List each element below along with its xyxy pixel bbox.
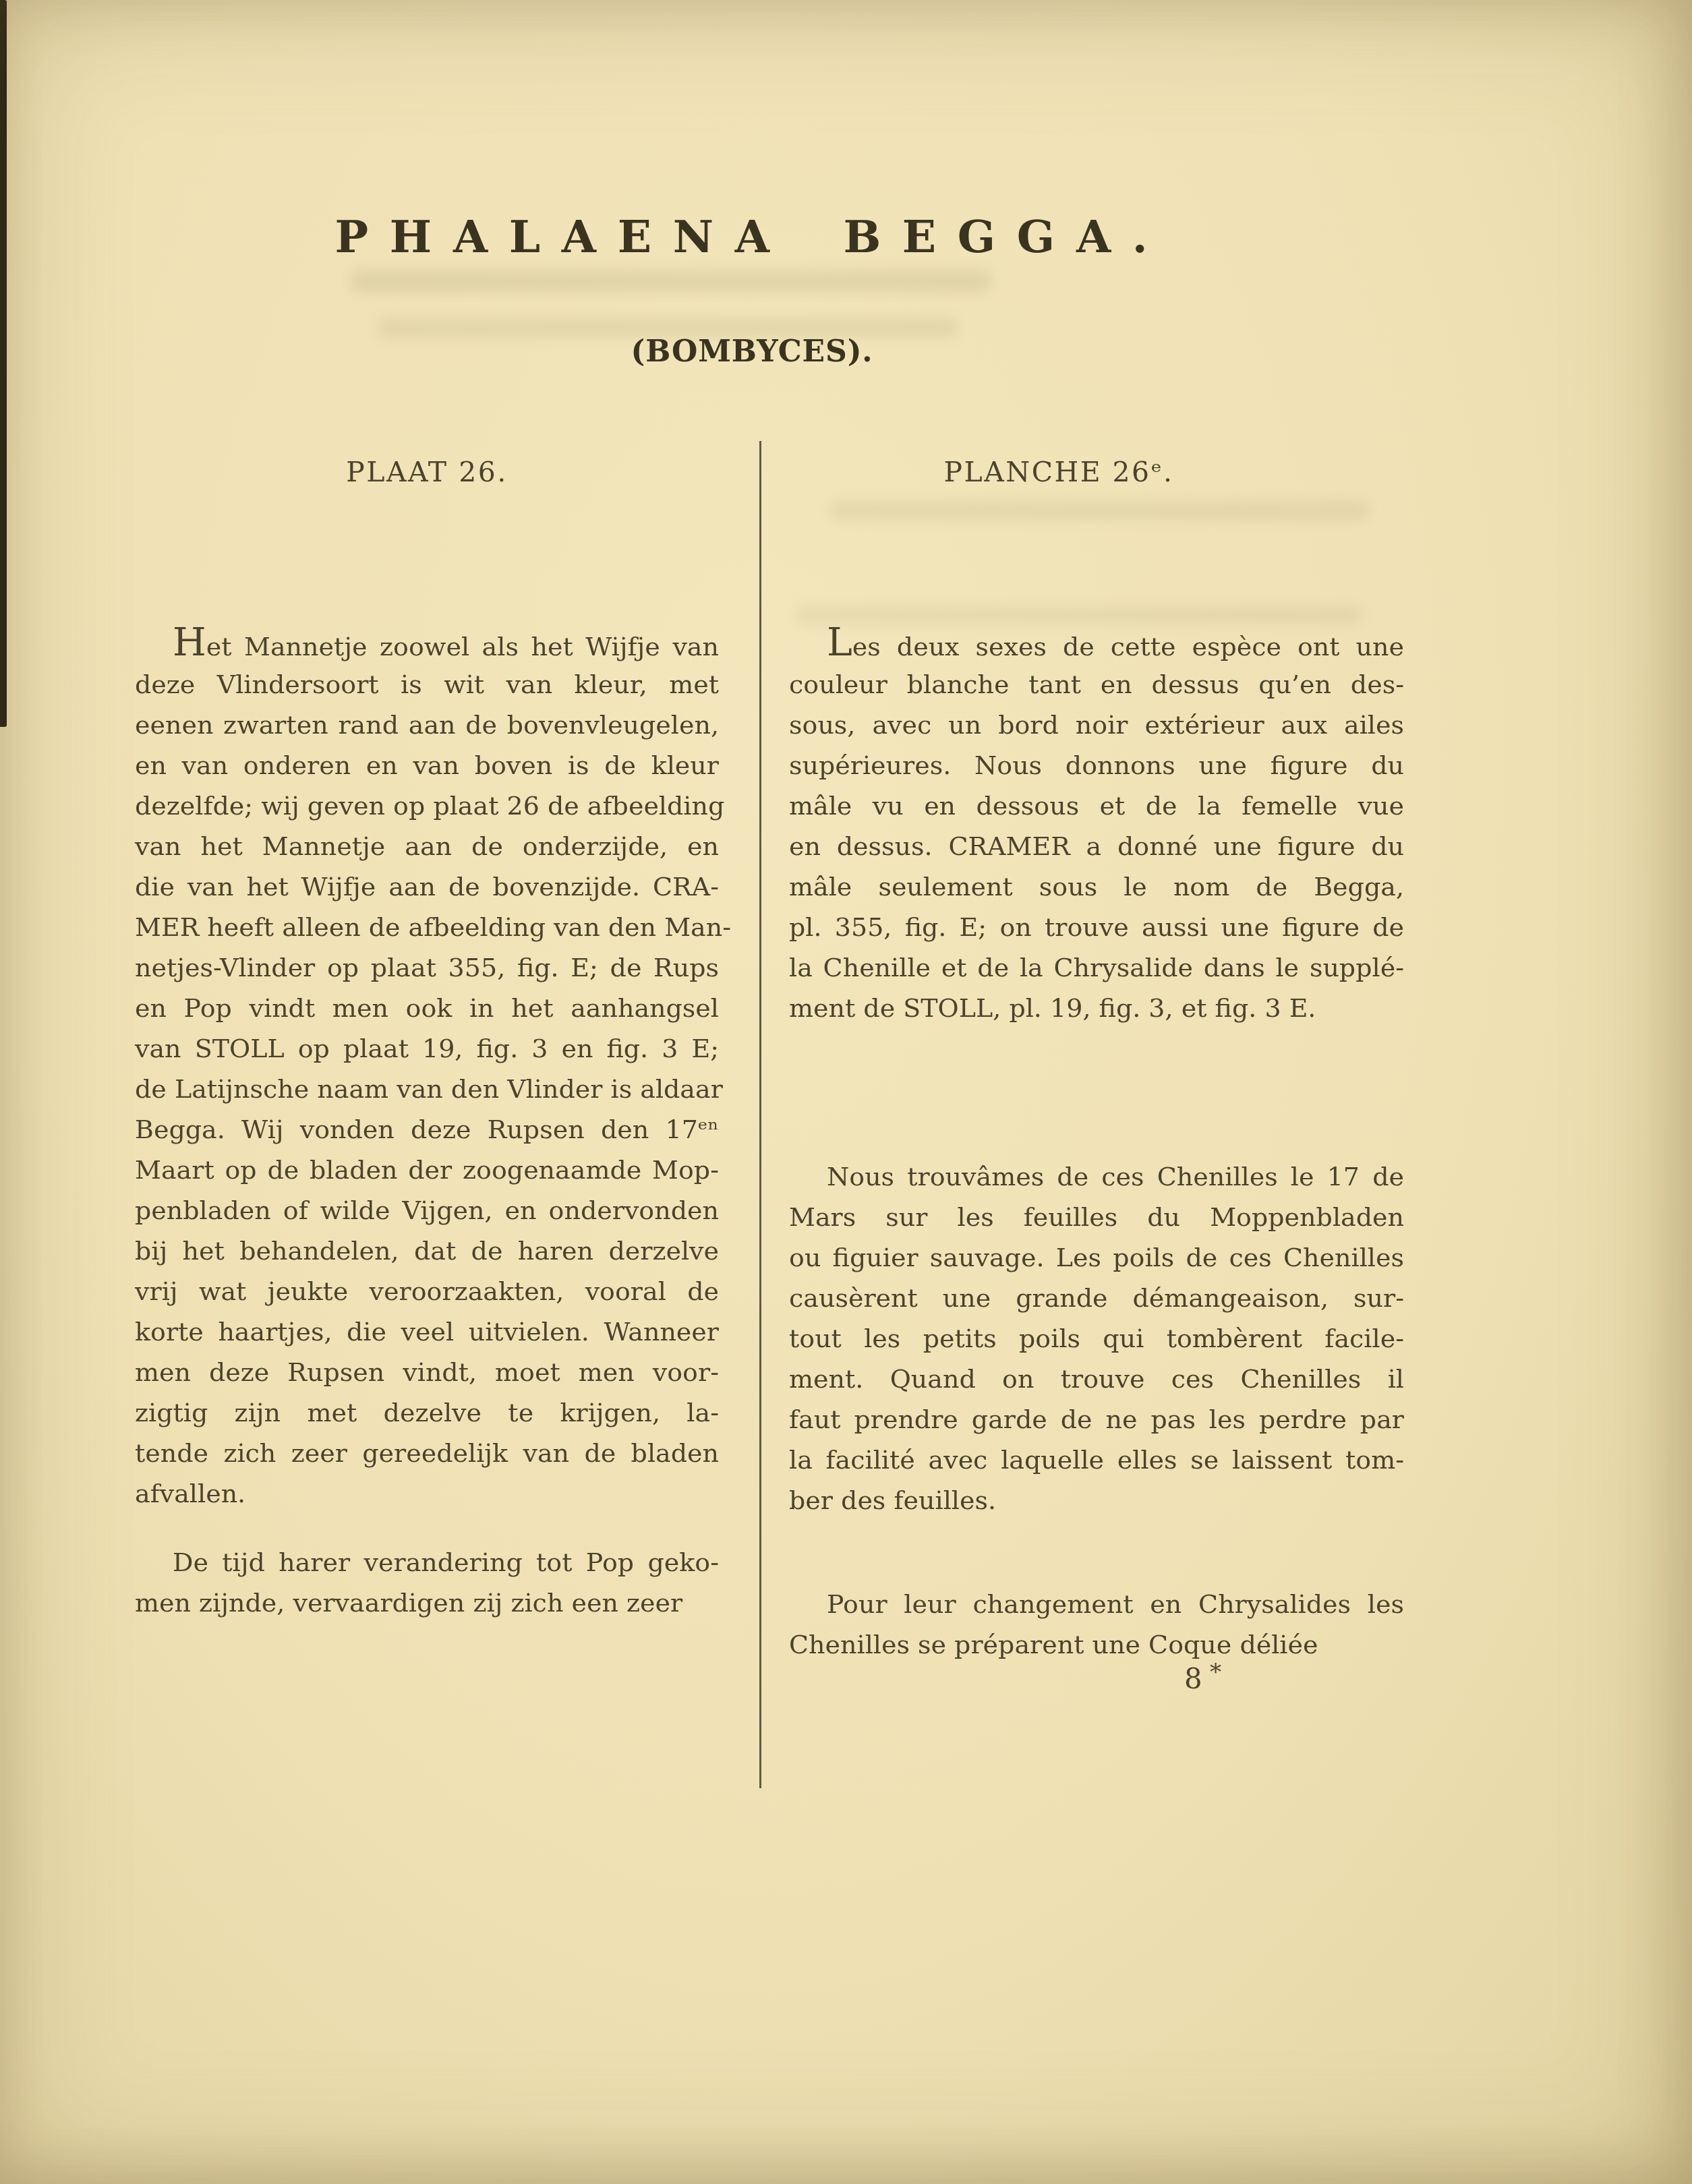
text-line: ou figuier sauvage. Les poils de ces Che… [789,1237,1404,1278]
page-title: PHALAENA BEGGA. [115,210,1389,263]
text-line: causèrent une grande démangeaison, sur- [789,1278,1404,1318]
text-line: van het Mannetje aan de onderzijde, en [135,826,719,866]
text-line: en dessus. CRAMER a donné une figure du [789,826,1404,866]
text-line: Les deux sexes de cette espèce ont une [789,624,1404,664]
text-line: penbladen of wilde Vijgen, en ondervonde… [135,1190,719,1231]
scan-artifact-strip [0,0,7,727]
text-line: tout les petits poils qui tombèrent faci… [789,1318,1404,1359]
text-line: MER heeft alleen de afbeelding van den M… [135,907,719,947]
text-line: dezelfde; wij geven op plaat 26 de afbee… [135,786,719,826]
text-line: la facilité avec laquelle elles se laiss… [789,1440,1404,1480]
french-text-column: Les deux sexes de cette espèce ont uneco… [789,624,1404,1665]
french-paragraph-1: Les deux sexes de cette espèce ont uneco… [789,624,1404,1028]
text-line: Het Mannetje zoowel als het Wijfje van [135,624,719,664]
text-line: Nous trouvâmes de ces Chenilles le 17 de [789,1156,1404,1197]
text-line: netjes-Vlinder op plaat 355, fig. E; de … [135,947,719,988]
dutch-paragraph-1: Het Mannetje zoowel als het Wijfje vande… [135,624,719,1514]
text-line: ment de STOLL, pl. 19, fig. 3, et fig. 3… [789,988,1404,1028]
column-header-french-plate: PLANCHE 26ᵉ. [789,456,1329,488]
page-subtitle: (BOMBYCES). [115,334,1389,369]
text-line: Chenilles se préparent une Coque déliée [789,1624,1404,1665]
text-line: ment. Quand on trouve ces Chenilles il [789,1359,1404,1399]
text-line: la Chenille et de la Chrysalide dans le … [789,947,1404,988]
text-line: de Latijnsche naam van den Vlinder is al… [135,1069,719,1109]
text-line: vrij wat jeukte veroorzaakten, vooral de [135,1271,719,1311]
text-line: ber des feuilles. [789,1480,1404,1521]
text-line: bij het behandelen, dat de haren derzelv… [135,1231,719,1271]
text-line: mâle seulement sous le nom de Begga, [789,866,1404,907]
text-line: en van onderen en van boven is de kleur [135,745,719,786]
text-line: Maart op de bladen der zoogenaamde Mop- [135,1150,719,1190]
text-line: De tijd harer verandering tot Pop geko- [135,1542,719,1583]
text-line: sous, avec un bord noir extérieur aux ai… [789,705,1404,745]
text-line: Pour leur changement en Chrysalides les [789,1584,1404,1624]
text-line: men zijnde, vervaardigen zij zich een ze… [135,1583,719,1623]
text-line: van STOLL op plaat 19, fig. 3 en fig. 3 … [135,1028,719,1069]
text-line: korte haartjes, die veel uitvielen. Wann… [135,1311,719,1352]
scanned-book-page: PHALAENA BEGGA. (BOMBYCES). PLAAT 26. PL… [0,0,1692,2184]
signature-mark: 8* [1184,1659,1222,1695]
dutch-text-column: Het Mannetje zoowel als het Wijfje vande… [135,624,719,1623]
text-line: mâle vu en dessous et de la femelle vue [789,786,1404,826]
text-line: eenen zwarten rand aan de bovenvleugelen… [135,705,719,745]
bleed-through-smudge [829,500,1369,521]
text-line: tende zich zeer gereedelijk van de blade… [135,1433,719,1473]
signature-asterisk: * [1210,1659,1222,1686]
text-line: pl. 355, fig. E; on trouve aussi une fig… [789,907,1404,947]
text-line: die van het Wijfje aan de bovenzijde. CR… [135,866,719,907]
column-divider-rule [759,441,761,1788]
column-header-dutch-plate: PLAAT 26. [135,456,719,488]
signature-number: 8 [1184,1662,1203,1695]
french-paragraph-3: Pour leur changement en Chrysalides lesC… [789,1584,1404,1665]
dutch-paragraph-2: De tijd harer verandering tot Pop geko-m… [135,1542,719,1623]
bleed-through-smudge [796,606,1362,624]
text-line: afvallen. [135,1473,719,1514]
text-line: men deze Rupsen vindt, moet men voor- [135,1352,719,1392]
text-line: Begga. Wij vonden deze Rupsen den 17ᵉⁿ [135,1109,719,1150]
text-line: supérieures. Nous donnons une figure du [789,745,1404,786]
text-line: en Pop vindt men ook in het aanhangsel [135,988,719,1028]
text-line: zigtig zijn met dezelve te krijgen, la- [135,1392,719,1433]
french-paragraph-2: Nous trouvâmes de ces Chenilles le 17 de… [789,1156,1404,1521]
bleed-through-smudge [351,270,991,293]
text-line: faut prendre garde de ne pas les perdre … [789,1399,1404,1440]
text-line: couleur blanche tant en dessus qu’en des… [789,664,1404,705]
text-line: deze Vlindersoort is wit van kleur, met [135,664,719,705]
text-line: Mars sur les feuilles du Moppenbladen [789,1197,1404,1237]
